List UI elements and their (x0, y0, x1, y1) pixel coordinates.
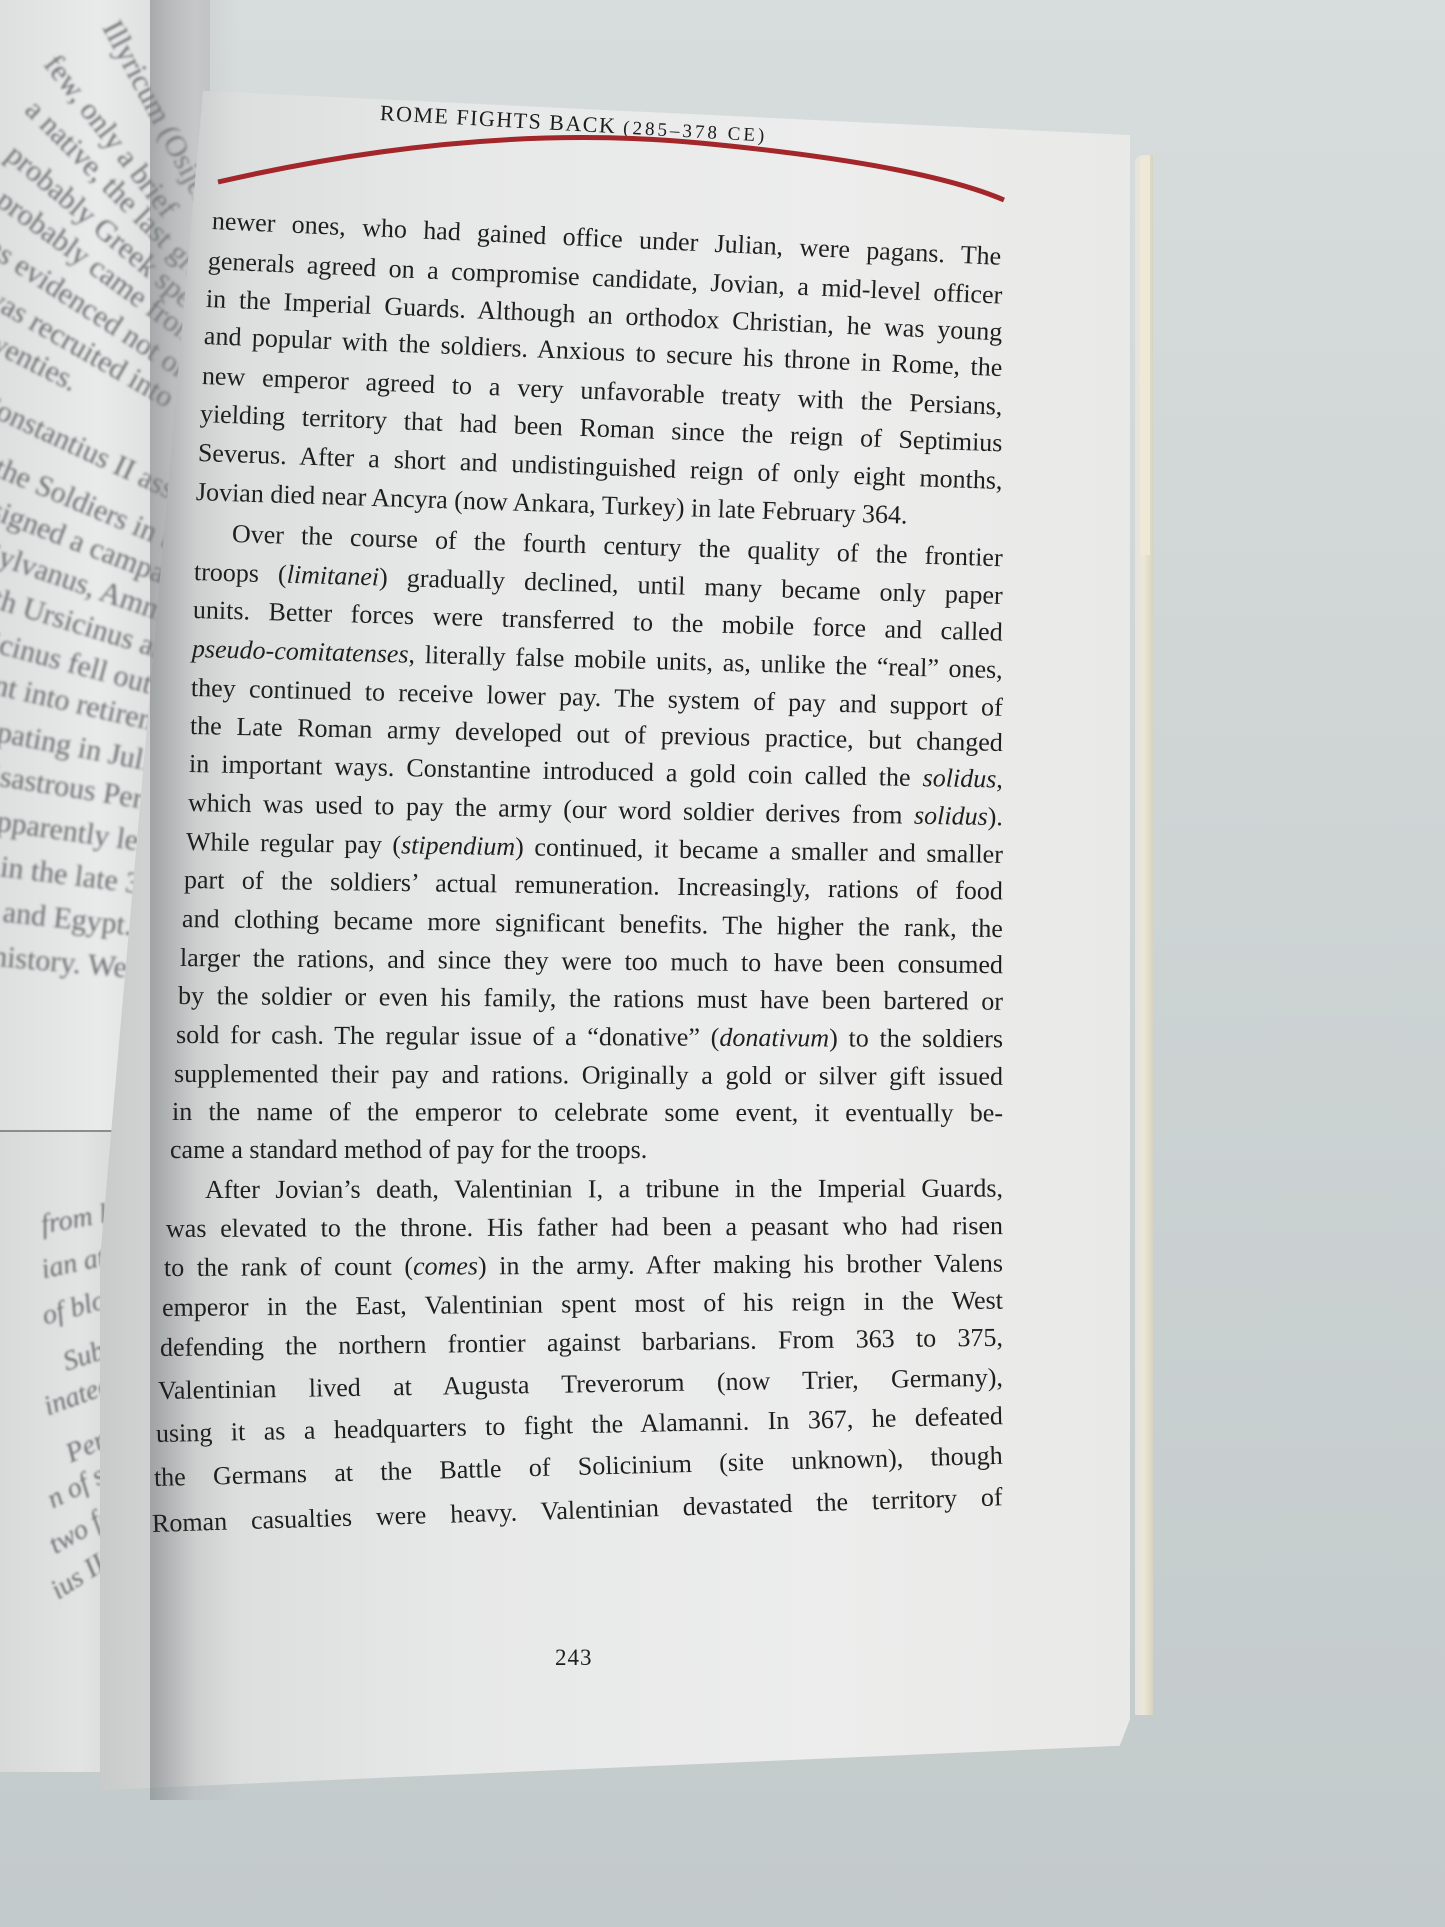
text-line: in the name of the emperor to celebrate … (172, 1096, 1003, 1129)
text-line: came a standard method of pay for the tr… (170, 1134, 770, 1166)
italic-term: donativum (719, 1023, 829, 1053)
italic-term: pseudo-comitatenses (192, 634, 409, 669)
italic-term: limitanei (286, 560, 379, 592)
text-line: to the rank of count (comes) in the army… (164, 1248, 1003, 1284)
text-line: supplemented their pay and rations. Orig… (174, 1058, 1003, 1093)
text-line: defending the northern frontier against … (160, 1322, 1003, 1364)
text-line: sold for cash. The regular issue of a “d… (176, 1019, 1003, 1055)
italic-term: solidus (914, 801, 988, 831)
text-line: larger the rations, and since they were … (180, 942, 1003, 981)
text-line: and clothing became more significant ben… (182, 903, 1003, 945)
italic-term: comes (413, 1251, 478, 1280)
body-text: newer ones, who had gained office under … (0, 0, 1445, 1927)
page-number: 243 (555, 1645, 593, 1671)
text-line: part of the soldiers’ actual remuneratio… (184, 864, 1003, 907)
paragraph-first-line: After Jovian’s death, Valentinian I, a t… (205, 1173, 1003, 1206)
italic-term: stipendium (401, 830, 516, 861)
text-line: While regular pay (stipendium) continued… (186, 826, 1003, 871)
italic-term: solidus (922, 763, 996, 793)
text-line: emperor in the East, Valentinian spent m… (162, 1285, 1003, 1324)
text-line: was elevated to the throne. His father h… (166, 1210, 1003, 1245)
text-line: Valentinian lived at Augusta Treverorum … (158, 1362, 1003, 1407)
text-line: by the soldier or even his family, the r… (178, 980, 1003, 1018)
text-line: which was used to pay the army (our word… (188, 787, 1003, 833)
